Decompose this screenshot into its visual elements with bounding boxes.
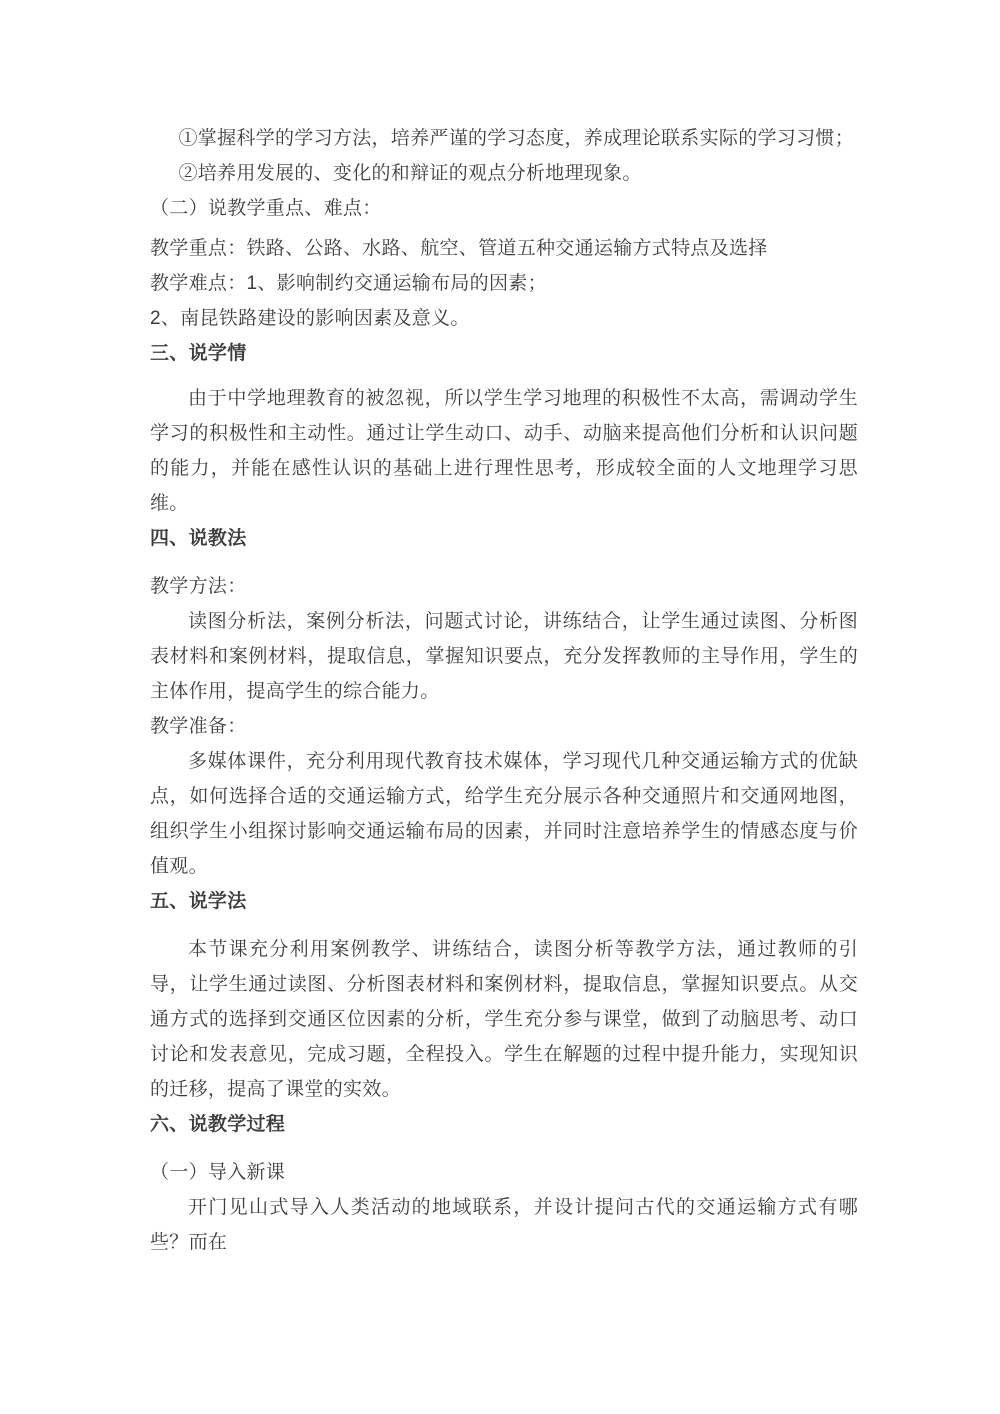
section4-heading: 四、说教法 <box>150 521 858 556</box>
teaching-prep-label: 教学准备： <box>150 709 858 744</box>
teaching-difficulty-2: 2、南昆铁路建设的影响因素及意义。 <box>150 301 858 336</box>
teaching-prep-paragraph: 多媒体课件，充分利用现代教育技术媒体，学习现代几种交通运输方式的优缺点，如何选择… <box>150 744 858 884</box>
teaching-difficulty-1: 教学难点：1、影响制约交通运输布局的因素； <box>150 266 858 301</box>
section3-heading: 三、说学情 <box>150 336 858 371</box>
document-page: ①掌握科学的学习方法，培养严谨的学习态度，养成理论联系实际的学习习惯； ②培养用… <box>0 0 1000 1414</box>
teaching-method-label: 教学方法： <box>150 569 858 604</box>
document-content: ①掌握科学的学习方法，培养严谨的学习态度，养成理论联系实际的学习习惯； ②培养用… <box>150 121 858 1260</box>
objective-item-2: ②培养用发展的、变化的和辩证的观点分析地理现象。 <box>150 156 858 191</box>
section2-heading: （二）说教学重点、难点： <box>150 191 858 226</box>
teaching-key-point: 教学重点：铁路、公路、水路、航空、管道五种交通运输方式特点及选择 <box>150 231 858 266</box>
teaching-method-paragraph: 读图分析法，案例分析法，问题式讨论，讲练结合，让学生通过读图、分析图表材料和案例… <box>150 604 858 709</box>
lead-in-paragraph: 开门见山式导入人类活动的地域联系，并设计提问古代的交通运输方式有哪些？而在 <box>150 1190 858 1260</box>
objective-item-1: ①掌握科学的学习方法，培养严谨的学习态度，养成理论联系实际的学习习惯； <box>150 121 858 156</box>
lead-in-subheading: （一）导入新课 <box>150 1155 858 1190</box>
section5-paragraph: 本节课充分利用案例教学、讲练结合，读图分析等教学方法，通过教师的引导，让学生通过… <box>150 932 858 1107</box>
section5-heading: 五、说学法 <box>150 884 858 919</box>
section6-heading: 六、说教学过程 <box>150 1107 858 1142</box>
section3-paragraph: 由于中学地理教育的被忽视，所以学生学习地理的积极性不太高，需调动学生学习的积极性… <box>150 381 858 521</box>
